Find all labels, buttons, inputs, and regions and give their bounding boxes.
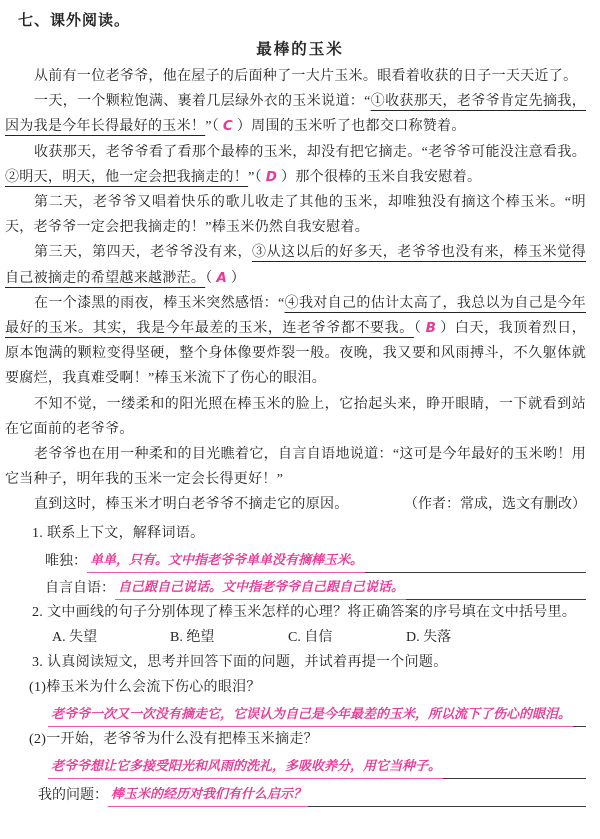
passage-text: （	[205, 271, 216, 286]
definition-blank: 单单，只有。文中指老爷爷单单没有摘棒玉米。	[87, 545, 586, 573]
subquestion-answer-row: 老爷爷一次又一次没有摘走它，它误认为自己是今年最差的玉米，所以流下了伤心的眼泪。	[48, 700, 586, 727]
passage-text: 老爷爷也在用一种柔和的目光瞧着它，自言自语地说道：“这可是今年最好的玉米哟！用它…	[5, 447, 586, 487]
passage-paragraph: 老爷爷也在用一种柔和的目光瞧着它，自言自语地说道：“这可是今年最好的玉米哟！用它…	[5, 442, 586, 492]
author-attribution: （作者：常成，选文有删改）	[375, 492, 586, 517]
question-1-number: 1.	[32, 526, 43, 541]
passage-paragraph: 直到这时，棒玉米才明白老爷爷不摘走它的原因。（作者：常成，选文有删改）	[5, 492, 586, 517]
passage-text: 收获那天，老爷爷看了看那个最棒的玉米，却没有把它摘走。“老爷爷可能没注意看我。	[34, 145, 586, 160]
subquestion-answer: 老爷爷一次又一次没有摘走它，它误认为自己是今年最差的玉米，所以流下了伤心的眼泪。	[48, 702, 573, 727]
definition-row: 自言自语：自己跟自己说话。文中指老爷爷自己跟自己说话。	[45, 573, 586, 600]
section-heading: 七、课外阅读。	[0, 0, 600, 30]
passage-paragraph: 在一个漆黑的雨夜，棒玉米突然感悟：“④我对自己的估计太高了，我总以为自己是今年最…	[5, 291, 586, 392]
passage-paragraph: 不知不觉，一缕柔和的阳光照在棒玉米的脸上，它抬起头来，睁开眼睛，一下就看到站在它…	[5, 392, 586, 442]
definition-row: 唯独：单单，只有。文中指老爷爷单单没有摘棒玉米。	[45, 546, 586, 573]
passage-text: 在一个漆黑的雨夜，棒玉米突然感悟：“	[34, 296, 285, 311]
question-1-stem: 1.联系上下文，解释词语。	[32, 521, 586, 546]
definition-blank: 自己跟自己说话。文中指老爷爷自己跟自己说话。	[115, 572, 586, 600]
passage-text: ”（	[248, 170, 266, 185]
bracket-answer-letter: D	[266, 169, 278, 185]
question-2-options: A. 失望B. 绝望C. 自信D. 失落	[52, 625, 586, 651]
passage-text: 第三天，第四天，老爷爷没有来，	[34, 245, 252, 260]
my-question-row: 我的问题： 棒玉米的经历对我们有什么启示？	[38, 779, 586, 807]
passage-paragraph: 收获那天，老爷爷看了看那个最棒的玉米，却没有把它摘走。“老爷爷可能没注意看我。②…	[5, 140, 586, 190]
option-b: B. 绝望	[170, 625, 288, 651]
bracket-answer-letter: A	[216, 270, 227, 286]
subquestion-text: (2)一开始，老爷爷为什么没有把棒玉米摘走？	[29, 727, 586, 752]
passage-text: ）那个很棒的玉米自我安慰着。	[277, 170, 481, 185]
definition-term: 唯独：	[45, 550, 87, 573]
bracket-answer-letter: C	[223, 118, 233, 134]
passage-text: 一天，一个颗粒饱满、裹着几层绿外衣的玉米说道：“	[34, 94, 371, 109]
passage-paragraph: 第二天，老爷爷又唱着快乐的歌儿收走了其他的玉米，却唯独没有摘这个棒玉米。“明天，…	[5, 190, 586, 240]
passage-text: 从前有一位老爷爷，他在屋子的后面种了一大片玉米。眼看着收获的日子一天天近了。	[34, 69, 577, 84]
my-question-label: 我的问题：	[38, 784, 108, 807]
question-3-number: 3.	[32, 655, 43, 670]
worksheet-page: 七、课外阅读。 最棒的玉米 从前有一位老爷爷，他在屋子的后面种了一大片玉米。眼看…	[0, 0, 600, 839]
passage-paragraph: 一天，一个颗粒饱满、裹着几层绿外衣的玉米说道：“①收获那天，老爷爷肯定先摘我，因…	[5, 89, 586, 139]
passage-paragraph: 从前有一位老爷爷，他在屋子的后面种了一大片玉米。眼看着收获的日子一天天近了。	[5, 64, 586, 89]
passage-paragraph: 第三天，第四天，老爷爷没有来，③从这以后的好多天，老爷爷也没有来，棒玉米觉得自己…	[5, 240, 586, 290]
definition-answer: 单单，只有。文中指老爷爷单单没有摘棒玉米。	[87, 548, 365, 573]
question-3-text: 认真阅读短文，思考并回答下面的问题，并试着再提一个问题。	[47, 655, 447, 670]
my-question-blank: 棒玉米的经历对我们有什么启示？	[108, 778, 586, 807]
question-3-subquestions: (1)棒玉米为什么会流下伤心的眼泪？老爷爷一次又一次没有摘走它，它误认为自己是今…	[32, 675, 586, 779]
subquestion-text: (1)棒玉米为什么会流下伤心的眼泪？	[29, 675, 586, 700]
passage: 从前有一位老爷爷，他在屋子的后面种了一大片玉米。眼看着收获的日子一天天近了。一天…	[5, 64, 586, 518]
subquestion-blank: 老爷爷想让它多接受阳光和风雨的洗礼，多吸收养分，用它当种子。	[48, 751, 586, 779]
question-1-text: 联系上下文，解释词语。	[47, 526, 204, 541]
question-1-items: 唯独：单单，只有。文中指老爷爷单单没有摘棒玉米。自言自语：自己跟自己说话。文中指…	[45, 546, 586, 600]
passage-text: 不知不觉，一缕柔和的阳光照在棒玉米的脸上，它抬起头来，睁开眼睛，一下就看到站在它…	[5, 397, 586, 437]
underlined-sentence: ②明天，明天，他一定会把我摘走的！	[5, 170, 248, 185]
question-2-stem: 2.文中画线的句子分别体现了棒玉米怎样的心理？将正确答案的序号填在文中括号里。	[32, 600, 586, 625]
passage-text: ”（	[205, 119, 223, 134]
option-c: C. 自信	[288, 625, 406, 651]
definition-term: 自言自语：	[45, 577, 115, 600]
subquestion-answer: 老爷爷想让它多接受阳光和风雨的洗礼，多吸收养分，用它当种子。	[48, 754, 443, 779]
subquestion-blank: 老爷爷一次又一次没有摘走它，它误认为自己是今年最差的玉米，所以流下了伤心的眼泪。	[48, 699, 586, 727]
passage-text: 第二天，老爷爷又唱着快乐的歌儿收走了其他的玉米，却唯独没有摘这个棒玉米。“明天，…	[5, 195, 586, 235]
passage-text: 直到这时，棒玉米才明白老爷爷不摘走它的原因。	[34, 497, 349, 512]
passage-title: 最棒的玉米	[0, 37, 600, 59]
passage-text: ）周围的玉米听了也都交口称赞着。	[233, 119, 466, 134]
my-question-answer: 棒玉米的经历对我们有什么启示？	[108, 782, 308, 807]
questions-section: 1.联系上下文，解释词语。 唯独：单单，只有。文中指老爷爷单单没有摘棒玉米。自言…	[32, 521, 586, 808]
definition-answer: 自己跟自己说话。文中指老爷爷自己跟自己说话。	[115, 575, 406, 600]
option-d: D. 失落	[406, 625, 524, 651]
question-3-stem: 3.认真阅读短文，思考并回答下面的问题，并试着再提一个问题。	[32, 650, 586, 675]
option-a: A. 失望	[52, 625, 170, 651]
subquestion-answer-row: 老爷爷想让它多接受阳光和风雨的洗礼，多吸收养分，用它当种子。	[48, 752, 586, 779]
question-2-number: 2.	[32, 605, 43, 620]
bracket-answer-letter: B	[426, 320, 437, 336]
question-2-text: 文中画线的句子分别体现了棒玉米怎样的心理？将正确答案的序号填在文中括号里。	[47, 605, 576, 620]
passage-text: ）	[227, 271, 245, 286]
passage-text: （	[414, 321, 426, 336]
